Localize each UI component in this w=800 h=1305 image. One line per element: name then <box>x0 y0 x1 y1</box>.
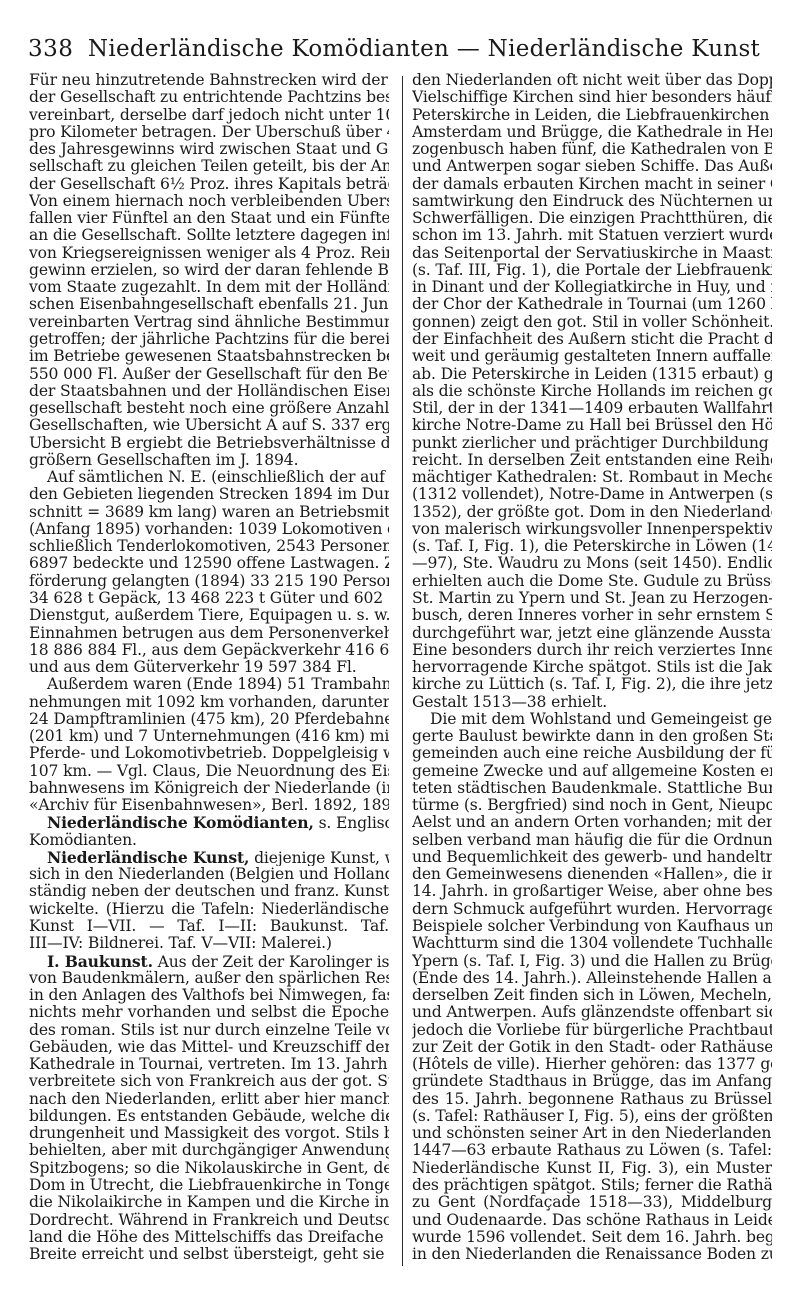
text-line: bahnwesens im Königreich der Niederlande… <box>29 780 389 797</box>
line-text: (Ende des 14. Jahrh.). Alleinstehende Ha… <box>412 970 772 987</box>
line-text: Ypern (s. Taf. I, Fig. 3) und die Hallen… <box>412 953 772 970</box>
line-text: gonnen) zeigt den got. Stil in voller Sc… <box>412 314 772 331</box>
line-text: Einnahmen betrugen aus dem Personenverke… <box>29 625 389 642</box>
line-text: (201 km) und 7 Unternehmungen (416 km) m… <box>29 728 389 745</box>
text-line: 14. Jahrh. in großartiger Weise, aber oh… <box>412 883 772 900</box>
line-text: der Staatsbahnen und der Holländischen E… <box>29 383 389 400</box>
text-line: erhielten auch die Dome Ste. Gudule zu B… <box>412 573 772 590</box>
text-line: hervorragende Kirche spätgot. Stils ist … <box>412 659 772 676</box>
line-text: zur Zeit der Gotik in den Stadt- oder Ra… <box>412 1039 772 1056</box>
line-text: wurde 1596 vollendet. Seit dem 16. Jahrh… <box>412 1229 772 1246</box>
line-text: 1352), der größte got. Dom in den Nieder… <box>412 504 772 521</box>
text-line: des 15. Jahrh. begonnene Rathaus zu Brüs… <box>412 1091 772 1108</box>
line-text: Niederländische Kunst II, Fig. 3), ein M… <box>412 1160 772 1177</box>
line-text: gemeine Zwecke und auf allgemeine Kosten… <box>412 763 772 780</box>
line-text: das Seitenportal der Servatiuskirche in … <box>412 245 772 262</box>
text-line: schließlich Tenderlokomotiven, 2543 Pers… <box>29 538 389 555</box>
text-line: förderung gelangten (1894) 33 215 190 Pe… <box>29 573 389 590</box>
line-text: —97), Ste. Waudru zu Mons (seit 1450). E… <box>412 555 772 572</box>
text-line: Breite erreicht und selbst übersteigt, g… <box>29 1246 389 1263</box>
text-line: von Baudenkmälern, außer den spärlichen … <box>29 970 389 987</box>
text-line: vereinbarten Vertrag sind ähnliche Besti… <box>29 314 389 331</box>
line-text: schen Eisenbahngesellschaft ebenfalls 21… <box>29 296 389 313</box>
line-text: 34 628 t Gepäck, 13 468 223 t Güter und … <box>29 590 389 607</box>
line-text: 14. Jahrh. in großartiger Weise, aber oh… <box>412 883 772 900</box>
line-text: (Anfang 1895) vorhanden: 1039 Lokomotive… <box>29 521 389 538</box>
text-line: ständig neben der deutschen und franz. K… <box>29 883 389 900</box>
line-text: 24 Dampftramlinien (475 km), 20 Pferdeba… <box>29 711 389 728</box>
line-text: gesellschaft besteht noch eine größere A… <box>29 400 389 417</box>
line-text: in den Niederlanden die Renaissance Bode… <box>412 1246 772 1263</box>
text-line: 18 886 884 Fl., aus dem Gepäckverkehr 41… <box>29 642 389 659</box>
text-line: zur Zeit der Gotik in den Stadt- oder Ra… <box>412 1039 772 1056</box>
text-line: zogenbusch haben fünf, die Kathedralen v… <box>412 141 772 158</box>
text-line: vom Staate zugezahlt. In dem mit der Hol… <box>29 279 389 296</box>
line-text: (1312 vollendet), Notre-Dame in Antwerpe… <box>412 486 772 503</box>
text-line: in den Niederlanden die Renaissance Bode… <box>412 1246 772 1263</box>
line-text: Beispiele solcher Verbindung von Kaufhau… <box>412 918 772 935</box>
text-line: der Chor der Kathedrale in Tournai (um 1… <box>412 296 772 313</box>
line-text: förderung gelangten (1894) 33 215 190 Pe… <box>29 573 389 590</box>
text-line: (Anfang 1895) vorhanden: 1039 Lokomotive… <box>29 521 389 538</box>
text-line: Aelst und an andern Orten vorhanden; mit… <box>412 814 772 831</box>
text-line: jedoch die Vorliebe für bürgerliche Prac… <box>412 1022 772 1039</box>
line-text: der damals erbauten Kirchen macht in sei… <box>412 176 772 193</box>
text-line: Dienstgut, außerdem Tiere, Equipagen u. … <box>29 607 389 624</box>
text-line: Vielschiffige Kirchen sind hier besonder… <box>412 89 772 106</box>
text-line: Auf sämtlichen N. E. (einschließlich der… <box>29 469 389 486</box>
text-line: gewinn erzielen, so wird der daran fehle… <box>29 262 389 279</box>
line-text: 550 000 Fl. Außer der Gesellschaft für d… <box>29 366 389 383</box>
line-text: nach den Niederlanden, erlitt aber hier … <box>29 1091 389 1108</box>
line-text: gerte Baulust bewirkte dann in den große… <box>412 728 772 745</box>
text-line: III—IV: Bildnerei. Taf. V—VII: Malerei.) <box>29 935 389 952</box>
line-text: schnitt = 3689 km lang) waren an Betrieb… <box>29 504 389 521</box>
line-text: zu Gent (Nordfaçade 1518—33), Middelburg <box>412 1194 772 1211</box>
line-text: nehmungen mit 1092 km vorhanden, darunte… <box>29 694 389 711</box>
text-line: von Kriegsereignissen weniger als 4 Proz… <box>29 245 389 262</box>
text-line: im Betriebe gewesenen Staatsbahnstrecken… <box>29 348 389 365</box>
line-text: und Bequemlichkeit des gewerb- und hande… <box>412 849 772 866</box>
text-line: 550 000 Fl. Außer der Gesellschaft für d… <box>29 366 389 383</box>
text-line: Schwerfälligen. Die einzigen Prachtthüre… <box>412 210 772 227</box>
text-line: 1352), der größte got. Dom in den Nieder… <box>412 504 772 521</box>
entry-heading-line: I. Baukunst. Aus der Zeit der Karolinger… <box>29 953 389 970</box>
line-text: samtwirkung den Eindruck des Nüchternen … <box>412 193 772 210</box>
line-text: busch, deren Inneres vorher in sehr erns… <box>412 607 772 624</box>
line-text: Übersicht B ergiebt die Betriebsverhältn… <box>29 435 389 452</box>
text-line: Einnahmen betrugen aus dem Personenverke… <box>29 625 389 642</box>
line-text: Gebäuden, wie das Mittel- und Kreuzschif… <box>29 1039 389 1056</box>
text-line: nehmungen mit 1092 km vorhanden, darunte… <box>29 694 389 711</box>
text-line: vereinbart, derselbe darf jedoch nicht u… <box>29 107 389 124</box>
text-line: nichts mehr vorhanden und selbst die Epo… <box>29 1004 389 1021</box>
line-text: 107 km. — Vgl. Claus, Die Neuordnung des… <box>29 763 389 780</box>
line-text: größern Gesellschaften im J. 1894. <box>29 452 298 469</box>
line-text: den Gemeinwesens dienenden «Hallen», die… <box>412 866 772 883</box>
text-line: Peterskirche in Leiden, die Liebfrauenki… <box>412 107 772 124</box>
text-line: Gestalt 1513—38 erhielt. <box>412 694 772 711</box>
text-line: Amsterdam und Brügge, die Kathedrale in … <box>412 124 772 141</box>
line-text: der Gesellschaft zu entrichtende Pachtzi… <box>29 89 389 106</box>
text-line: und aus dem Güterverkehr 19 597 384 Fl. <box>29 659 389 676</box>
text-line: fallen vier Fünftel an den Staat und ein… <box>29 210 389 227</box>
text-line: Eine besonders durch ihr reich verzierte… <box>412 642 772 659</box>
line-text: türme (s. Bergfried) sind noch in Gent, … <box>412 797 772 814</box>
line-text: Außerdem waren (Ende 1894) 51 Trambahnun… <box>47 676 389 693</box>
entry-heading-line: Niederländische Kunst, diejenige Kunst, … <box>29 849 389 866</box>
text-line: Komödianten. <box>29 832 389 849</box>
line-text: drungenheit und Massigkeit des vorgot. S… <box>29 1125 389 1142</box>
text-line: des roman. Stils ist nur durch einzelne … <box>29 1022 389 1039</box>
text-line: Spitzbogens; so die Nikolauskirche in Ge… <box>29 1160 389 1177</box>
text-line: und Bequemlichkeit des gewerb- und hande… <box>412 849 772 866</box>
text-line: türme (s. Bergfried) sind noch in Gent, … <box>412 797 772 814</box>
line-text: «Archiv für Eisenbahnwesen», Berl. 1892,… <box>29 797 389 814</box>
text-line: verbreitete sich von Frankreich aus der … <box>29 1073 389 1090</box>
text-line: den Gemeinwesens dienenden «Hallen», die… <box>412 866 772 883</box>
text-line: samtwirkung den Eindruck des Nüchternen … <box>412 193 772 210</box>
text-line: sellschaft zu gleichen Teilen geteilt, b… <box>29 158 389 175</box>
text-line: schnitt = 3689 km lang) waren an Betrieb… <box>29 504 389 521</box>
text-line: Pferde- und Lokomotivbetrieb. Doppelglei… <box>29 745 389 762</box>
left-column: Für neu hinzutretende Bahnstrecken wird … <box>29 72 389 1263</box>
running-title: Niederländische Komödianten — Niederländ… <box>28 36 780 62</box>
line-text: an die Gesellschaft. Sollte letztere dag… <box>29 227 389 244</box>
line-text: (s. Tafel: Rathäuser I, Fig. 5), eins de… <box>412 1108 772 1125</box>
text-line: getroffen; der jährliche Pachtzins für d… <box>29 331 389 348</box>
line-text: dern Schmuck aufgeführt wurden. Hervorra… <box>412 901 772 918</box>
text-line: derselben Zeit finden sich in Löwen, Mec… <box>412 987 772 1004</box>
line-text: in den Anlagen des Valthofs bei Nimwegen… <box>29 987 389 1004</box>
line-text: Für neu hinzutretende Bahnstrecken wird … <box>29 72 389 89</box>
text-line: (s. Taf. I, Fig. 1), die Peterskirche in… <box>412 538 772 555</box>
line-text: Dienstgut, außerdem Tiere, Equipagen u. … <box>29 607 389 624</box>
line-text: und schönsten seiner Art in den Niederla… <box>412 1125 772 1142</box>
text-line: 34 628 t Gepäck, 13 468 223 t Güter und … <box>29 590 389 607</box>
line-text: Die mit dem Wohlstand und Gemeingeist ge… <box>430 711 772 728</box>
text-line: sich in den Niederlanden (Belgien und Ho… <box>29 866 389 883</box>
text-line: in den Anlagen des Valthofs bei Nimwegen… <box>29 987 389 1004</box>
text-line: Für neu hinzutretende Bahnstrecken wird … <box>29 72 389 89</box>
line-text: der Einfachheit des Äußern sticht die Pr… <box>412 331 772 348</box>
line-text: den Niederlanden oft nicht weit über das… <box>412 72 772 89</box>
text-line: gründete Stadthaus in Brügge, das im Anf… <box>412 1073 772 1090</box>
line-text: Aelst und an andern Orten vorhanden; mit… <box>412 814 772 831</box>
text-line: Von einem hiernach noch verbleibenden Üb… <box>29 193 389 210</box>
text-line: (Hôtels de ville). Hierher gehören: das … <box>412 1056 772 1073</box>
line-text: in Dinant und der Kollegiatkirche in Huy… <box>412 279 772 296</box>
line-text: Schwerfälligen. Die einzigen Prachtthüre… <box>412 210 772 227</box>
text-line: in Dinant und der Kollegiatkirche in Huy… <box>412 279 772 296</box>
text-line: kirche Notre-Dame zu Hall bei Brüssel de… <box>412 417 772 434</box>
text-line: St. Martin zu Ypern und St. Jean zu Herz… <box>412 590 772 607</box>
text-line: Die mit dem Wohlstand und Gemeingeist ge… <box>412 711 772 728</box>
line-text: Von einem hiernach noch verbleibenden Üb… <box>29 193 389 210</box>
text-line: und Antwerpen sogar sieben Schiffe. Das … <box>412 158 772 175</box>
text-line: «Archiv für Eisenbahnwesen», Berl. 1892,… <box>29 797 389 814</box>
text-line: der Gesellschaft 6½ Proz. ihres Kapitals… <box>29 176 389 193</box>
line-text: derselben Zeit finden sich in Löwen, Mec… <box>412 987 772 1004</box>
line-text: (s. Taf. I, Fig. 1), die Peterskirche in… <box>412 538 772 555</box>
line-text: land die Höhe des Mittelschiffs das Drei… <box>29 1229 389 1246</box>
line-text: bahnwesens im Königreich der Niederlande… <box>29 780 389 797</box>
line-text: jedoch die Vorliebe für bürgerliche Prac… <box>412 1022 772 1039</box>
right-column: den Niederlanden oft nicht weit über das… <box>412 72 772 1263</box>
line-text: pro Kilometer betragen. Der Überschuß üb… <box>29 124 389 141</box>
text-line: größern Gesellschaften im J. 1894. <box>29 452 389 469</box>
text-line: des Jahresgewinns wird zwischen Staat un… <box>29 141 389 158</box>
text-line: selben verband man häufig die für die Or… <box>412 832 772 849</box>
text-line: Kathedrale in Tournai, vertreten. Im 13.… <box>29 1056 389 1073</box>
text-line: der Einfachheit des Äußern sticht die Pr… <box>412 331 772 348</box>
line-text: des 15. Jahrh. begonnene Rathaus zu Brüs… <box>412 1091 772 1108</box>
text-line: gonnen) zeigt den got. Stil in voller Sc… <box>412 314 772 331</box>
line-text: von Kriegsereignissen weniger als 4 Proz… <box>29 245 389 262</box>
line-text: 6897 bedeckte und 12590 offene Lastwagen… <box>29 555 389 572</box>
text-line: schen Eisenbahngesellschaft ebenfalls 21… <box>29 296 389 313</box>
line-text: punkt zierlicher und prächtiger Durchbil… <box>412 435 772 452</box>
text-line: den Niederlanden oft nicht weit über das… <box>412 72 772 89</box>
line-text: als die schönste Kirche Hollands im reic… <box>412 383 772 400</box>
line-text: sich in den Niederlanden (Belgien und Ho… <box>29 866 389 883</box>
line-text: (Hôtels de ville). Hierher gehören: das … <box>412 1056 772 1073</box>
text-line: (s. Taf. III, Fig. 1), die Portale der L… <box>412 262 772 279</box>
line-text: St. Martin zu Ypern und St. Jean zu Herz… <box>412 590 772 607</box>
text-line: Übersicht B ergiebt die Betriebsverhältn… <box>29 435 389 452</box>
line-text: Vielschiffige Kirchen sind hier besonder… <box>412 89 772 106</box>
line-text: Gestalt 1513—38 erhielt. <box>412 694 607 711</box>
text-line: Außerdem waren (Ende 1894) 51 Trambahnun… <box>29 676 389 693</box>
line-text: 18 886 884 Fl., aus dem Gepäckverkehr 41… <box>29 642 389 659</box>
line-text: Pferde- und Lokomotivbetrieb. Doppelglei… <box>29 745 389 762</box>
text-line: weit und geräumig gestalteten Innern auf… <box>412 348 772 365</box>
text-line: Dom in Utrecht, die Liebfrauenkirche in … <box>29 1177 389 1194</box>
line-text: Wachtturm sind die 1304 vollendete Tuchh… <box>412 935 772 952</box>
text-line: den Gebieten liegenden Strecken 1894 im … <box>29 486 389 503</box>
text-line: 24 Dampftramlinien (475 km), 20 Pferdeba… <box>29 711 389 728</box>
line-text: gründete Stadthaus in Brügge, das im Anf… <box>412 1073 772 1090</box>
text-line: Ypern (s. Taf. I, Fig. 3) und die Hallen… <box>412 953 772 970</box>
line-text: die Nikolaikirche in Kampen und die Kirc… <box>29 1194 389 1211</box>
text-line: und Antwerpen. Aufs glänzendste offenbar… <box>412 1004 772 1021</box>
entry-headword: Niederländische Komödianten, <box>47 814 314 831</box>
text-line: und Oudenaarde. Das schöne Rathaus in Le… <box>412 1212 772 1229</box>
text-line: land die Höhe des Mittelschiffs das Drei… <box>29 1229 389 1246</box>
text-line: punkt zierlicher und prächtiger Durchbil… <box>412 435 772 452</box>
line-text: von Baudenkmälern, außer den spärlichen … <box>29 970 389 987</box>
text-line: gemeinden auch eine reiche Ausbildung de… <box>412 745 772 762</box>
line-text: gemeinden auch eine reiche Ausbildung de… <box>412 745 772 762</box>
text-line: (201 km) und 7 Unternehmungen (416 km) m… <box>29 728 389 745</box>
text-line: drungenheit und Massigkeit des vorgot. S… <box>29 1125 389 1142</box>
line-text: Dom in Utrecht, die Liebfrauenkirche in … <box>29 1177 389 1194</box>
line-text: s. Englische <box>314 814 389 831</box>
text-line: 6897 bedeckte und 12590 offene Lastwagen… <box>29 555 389 572</box>
line-text: schließlich Tenderlokomotiven, 2543 Pers… <box>29 538 389 555</box>
text-line: des prächtigen spätgot. Stils; ferner di… <box>412 1177 772 1194</box>
text-line: behielten, aber mit durchgängiger Anwend… <box>29 1142 389 1159</box>
text-line: Stil, der in der 1341—1409 erbauten Wall… <box>412 400 772 417</box>
line-text: vereinbarten Vertrag sind ähnliche Besti… <box>29 314 389 331</box>
line-text: Stil, der in der 1341—1409 erbauten Wall… <box>412 400 772 417</box>
line-text: und Oudenaarde. Das schöne Rathaus in Le… <box>412 1212 772 1229</box>
entry-headword: Niederländische Kunst, <box>47 849 249 866</box>
text-line: an die Gesellschaft. Sollte letztere dag… <box>29 227 389 244</box>
line-text: Gesellschaften, wie Übersicht A auf S. 3… <box>29 417 389 434</box>
line-text: bildungen. Es entstanden Gebäude, welche… <box>29 1108 389 1125</box>
text-line: und schönsten seiner Art in den Niederla… <box>412 1125 772 1142</box>
line-text: und aus dem Güterverkehr 19 597 384 Fl. <box>29 659 357 676</box>
line-text: selben verband man häufig die für die Or… <box>412 832 772 849</box>
line-text: zogenbusch haben fünf, die Kathedralen v… <box>412 141 772 158</box>
line-text: mächtiger Kathedralen: St. Rombaut in Me… <box>412 469 772 486</box>
line-text: des roman. Stils ist nur durch einzelne … <box>29 1022 389 1039</box>
text-line: der Staatsbahnen und der Holländischen E… <box>29 383 389 400</box>
text-line: teten städtischen Baudenkmale. Stattlich… <box>412 780 772 797</box>
line-text: Amsterdam und Brügge, die Kathedrale in … <box>412 124 772 141</box>
line-text: gewinn erzielen, so wird der daran fehle… <box>29 262 389 279</box>
text-line: schon im 13. Jahrh. mit Statuen verziert… <box>412 227 772 244</box>
line-text: Spitzbogens; so die Nikolauskirche in Ge… <box>29 1160 389 1177</box>
line-text: sellschaft zu gleichen Teilen geteilt, b… <box>29 158 389 175</box>
line-text: wickelte. (Hierzu die Tafeln: Niederländ… <box>29 901 389 918</box>
line-text: 1447—63 erbaute Rathaus zu Löwen (s. Taf… <box>412 1142 772 1159</box>
line-text: III—IV: Bildnerei. Taf. V—VII: Malerei.) <box>29 935 332 952</box>
text-line: Gebäuden, wie das Mittel- und Kreuzschif… <box>29 1039 389 1056</box>
line-text: vom Staate zugezahlt. In dem mit der Hol… <box>29 279 389 296</box>
line-text: ab. Die Peterskirche in Leiden (1315 erb… <box>412 366 772 383</box>
line-text: verbreitete sich von Frankreich aus der … <box>29 1073 389 1090</box>
text-line: Gesellschaften, wie Übersicht A auf S. 3… <box>29 417 389 434</box>
text-line: Dordrecht. Während in Frankreich und Deu… <box>29 1212 389 1229</box>
text-line: (s. Tafel: Rathäuser I, Fig. 5), eins de… <box>412 1108 772 1125</box>
entry-headword: I. Baukunst. <box>47 953 153 970</box>
text-line: als die schönste Kirche Hollands im reic… <box>412 383 772 400</box>
text-line: Kunst I—VII. — Taf. I—II: Baukunst. Taf. <box>29 918 389 935</box>
line-text: Kathedrale in Tournai, vertreten. Im 13.… <box>29 1056 389 1073</box>
text-line: Niederländische Kunst II, Fig. 3), ein M… <box>412 1160 772 1177</box>
line-text: und Antwerpen sogar sieben Schiffe. Das … <box>412 158 772 175</box>
text-line: kirche zu Lüttich (s. Taf. I, Fig. 2), d… <box>412 676 772 693</box>
line-text: fallen vier Fünftel an den Staat und ein… <box>29 210 389 227</box>
line-text: Breite erreicht und selbst übersteigt, g… <box>29 1246 389 1263</box>
text-line: (Ende des 14. Jahrh.). Alleinstehende Ha… <box>412 970 772 987</box>
text-line: von malerisch wirkungsvoller Innenperspe… <box>412 521 772 538</box>
column-divider <box>402 76 403 1266</box>
line-text: des prächtigen spätgot. Stils; ferner di… <box>412 1177 772 1194</box>
text-line: nach den Niederlanden, erlitt aber hier … <box>29 1091 389 1108</box>
line-text: im Betriebe gewesenen Staatsbahnstrecken… <box>29 348 389 365</box>
line-text: behielten, aber mit durchgängiger Anwend… <box>29 1142 389 1159</box>
text-line: zu Gent (Nordfaçade 1518—33), Middelburg <box>412 1194 772 1211</box>
line-text: Eine besonders durch ihr reich verzierte… <box>412 642 772 659</box>
line-text: durchgeführt war, jetzt eine glänzende A… <box>412 625 772 642</box>
line-text: Dordrecht. Während in Frankreich und Deu… <box>29 1212 389 1229</box>
line-text: von malerisch wirkungsvoller Innenperspe… <box>412 521 772 538</box>
line-text: teten städtischen Baudenkmale. Stattlich… <box>412 780 772 797</box>
line-text: Aus der Zeit der Karolinger ist <box>153 953 389 970</box>
line-text: Kunst I—VII. — Taf. I—II: Baukunst. Taf. <box>29 918 389 935</box>
text-line: die Nikolaikirche in Kampen und die Kirc… <box>29 1194 389 1211</box>
line-text: kirche Notre-Dame zu Hall bei Brüssel de… <box>412 417 772 434</box>
text-line: 107 km. — Vgl. Claus, Die Neuordnung des… <box>29 763 389 780</box>
text-line: das Seitenportal der Servatiuskirche in … <box>412 245 772 262</box>
line-text: (s. Taf. III, Fig. 1), die Portale der L… <box>412 262 772 279</box>
line-text: getroffen; der jährliche Pachtzins für d… <box>29 331 389 348</box>
text-line: wurde 1596 vollendet. Seit dem 16. Jahrh… <box>412 1229 772 1246</box>
text-line: der Gesellschaft zu entrichtende Pachtzi… <box>29 89 389 106</box>
text-line: der damals erbauten Kirchen macht in sei… <box>412 176 772 193</box>
line-text: des Jahresgewinns wird zwischen Staat un… <box>29 141 389 158</box>
text-line: —97), Ste. Waudru zu Mons (seit 1450). E… <box>412 555 772 572</box>
entry-heading-line: Niederländische Komödianten, s. Englisch… <box>29 814 389 831</box>
line-text: kirche zu Lüttich (s. Taf. I, Fig. 2), d… <box>412 676 772 693</box>
line-text: reicht. In derselben Zeit entstanden ein… <box>412 452 772 469</box>
text-line: pro Kilometer betragen. Der Überschuß üb… <box>29 124 389 141</box>
line-text: hervorragende Kirche spätgot. Stils ist … <box>412 659 772 676</box>
text-line: ab. Die Peterskirche in Leiden (1315 erb… <box>412 366 772 383</box>
line-text: und Antwerpen. Aufs glänzendste offenbar… <box>412 1004 772 1021</box>
line-text: vereinbart, derselbe darf jedoch nicht u… <box>29 107 389 124</box>
text-line: wickelte. (Hierzu die Tafeln: Niederländ… <box>29 901 389 918</box>
text-line: bildungen. Es entstanden Gebäude, welche… <box>29 1108 389 1125</box>
text-line: gesellschaft besteht noch eine größere A… <box>29 400 389 417</box>
line-text: schon im 13. Jahrh. mit Statuen verziert… <box>412 227 772 244</box>
line-text: der Gesellschaft 6½ Proz. ihres Kapitals… <box>29 176 389 193</box>
text-line: Beispiele solcher Verbindung von Kaufhau… <box>412 918 772 935</box>
line-text: ständig neben der deutschen und franz. K… <box>29 883 389 900</box>
line-text: der Chor der Kathedrale in Tournai (um 1… <box>412 296 772 313</box>
text-line: dern Schmuck aufgeführt wurden. Hervorra… <box>412 901 772 918</box>
line-text: Komödianten. <box>29 832 137 849</box>
text-line: reicht. In derselben Zeit entstanden ein… <box>412 452 772 469</box>
line-text: weit und geräumig gestalteten Innern auf… <box>412 348 772 365</box>
page-header: 338 Niederländische Komödianten — Nieder… <box>28 36 780 66</box>
line-text: Auf sämtlichen N. E. (einschließlich der… <box>47 469 389 486</box>
text-line: 1447—63 erbaute Rathaus zu Löwen (s. Taf… <box>412 1142 772 1159</box>
line-text: den Gebieten liegenden Strecken 1894 im … <box>29 486 389 503</box>
line-text: diejenige Kunst, welche <box>249 849 389 866</box>
text-line: (1312 vollendet), Notre-Dame in Antwerpe… <box>412 486 772 503</box>
text-line: mächtiger Kathedralen: St. Rombaut in Me… <box>412 469 772 486</box>
line-text: nichts mehr vorhanden und selbst die Epo… <box>29 1004 389 1021</box>
line-text: Peterskirche in Leiden, die Liebfrauenki… <box>412 107 772 124</box>
text-line: durchgeführt war, jetzt eine glänzende A… <box>412 625 772 642</box>
text-line: Wachtturm sind die 1304 vollendete Tuchh… <box>412 935 772 952</box>
text-line: busch, deren Inneres vorher in sehr erns… <box>412 607 772 624</box>
line-text: erhielten auch die Dome Ste. Gudule zu B… <box>412 573 772 590</box>
text-line: gerte Baulust bewirkte dann in den große… <box>412 728 772 745</box>
text-line: gemeine Zwecke und auf allgemeine Kosten… <box>412 763 772 780</box>
